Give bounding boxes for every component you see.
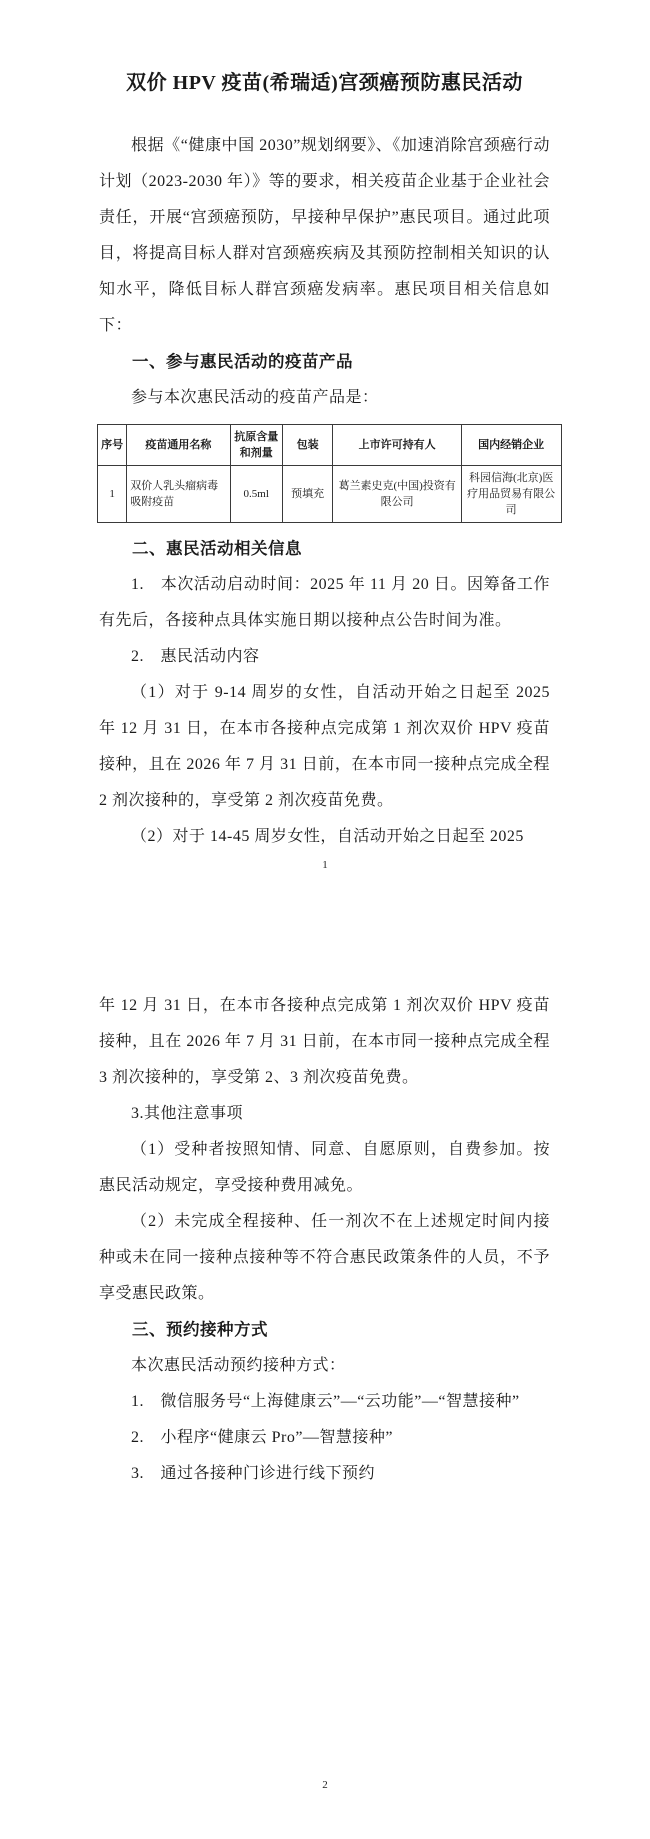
document-title: 双价 HPV 疫苗(希瑞适)宫颈癌预防惠民活动 — [99, 68, 550, 98]
policy-age-14-45-part1: （2）对于 14-45 周岁女性，自活动开始之日起至 2025 — [99, 819, 550, 855]
section-2-heading: 二、惠民活动相关信息 — [99, 531, 550, 567]
document: 双价 HPV 疫苗(希瑞适)宫颈癌预防惠民活动 根据《“健康中国 2030”规划… — [0, 0, 650, 1839]
cell-vaccine-name: 双价人乳头瘤病毒吸附疫苗 — [127, 466, 230, 523]
cell-serial: 1 — [98, 466, 127, 523]
cell-license-holder: 葛兰素史克(中国)投资有限公司 — [333, 466, 461, 523]
table-header-distributor: 国内经销企业 — [461, 425, 561, 466]
policy-age-14-45-part2: 年 12 月 31 日，在本市各接种点完成第 1 剂次双价 HPV 疫苗接种，且… — [99, 988, 550, 1096]
policy-age-9-14: （1）对于 9-14 周岁的女性，自活动开始之日起至 2025 年 12 月 3… — [99, 675, 550, 819]
table-row: 1 双价人乳头瘤病毒吸附疫苗 0.5ml 预填充 葛兰素史克(中国)投资有限公司… — [98, 466, 562, 523]
booking-method-offline: 3. 通过各接种门诊进行线下预约 — [99, 1456, 550, 1492]
document-page-1: 双价 HPV 疫苗(希瑞适)宫颈癌预防惠民活动 根据《“健康中国 2030”规划… — [0, 0, 650, 920]
table-header-vaccine-name: 疫苗通用名称 — [127, 425, 230, 466]
section-3-heading: 三、预约接种方式 — [99, 1312, 550, 1348]
page-1-content: 双价 HPV 疫苗(希瑞适)宫颈癌预防惠民活动 根据《“健康中国 2030”规划… — [0, 0, 650, 855]
table-header-license-holder: 上市许可持有人 — [333, 425, 461, 466]
note-ineligibility: （2）未完成全程接种、任一剂次不在上述规定时间内接种或未在同一接种点接种等不符合… — [99, 1204, 550, 1312]
booking-method-wechat: 1. 微信服务号“上海健康云”—“云功能”—“智慧接种” — [99, 1384, 550, 1420]
cell-distributor: 科园信海(北京)医疗用品贸易有限公司 — [461, 466, 561, 523]
other-notes-heading: 3.其他注意事项 — [99, 1096, 550, 1132]
table-header-row: 序号 疫苗通用名称 抗原含量和剂量 包装 上市许可持有人 国内经销企业 — [98, 425, 562, 466]
intro-paragraph: 根据《“健康中国 2030”规划纲要》、《加速消除宫颈癌行动计划（2023-20… — [99, 128, 550, 344]
cell-packaging: 预填充 — [282, 466, 333, 523]
section-3-lead: 本次惠民活动预约接种方式： — [99, 1348, 550, 1384]
activity-content-heading: 2. 惠民活动内容 — [99, 639, 550, 675]
booking-method-miniprogram: 2. 小程序“健康云 Pro”—智慧接种” — [99, 1420, 550, 1456]
cell-antigen-dose: 0.5ml — [230, 466, 282, 523]
document-page-2: 年 12 月 31 日，在本市各接种点完成第 1 剂次双价 HPV 疫苗接种，且… — [0, 920, 650, 1839]
table-header-packaging: 包装 — [282, 425, 333, 466]
activity-start-time: 1. 本次活动启动时间：2025 年 11 月 20 日。因筹备工作有先后，各接… — [99, 567, 550, 639]
page-1-number: 1 — [0, 858, 650, 872]
page-2-content: 年 12 月 31 日，在本市各接种点完成第 1 剂次双价 HPV 疫苗接种，且… — [0, 920, 650, 1492]
section-1-heading: 一、参与惠民活动的疫苗产品 — [99, 344, 550, 380]
table-header-serial: 序号 — [98, 425, 127, 466]
table-header-antigen-dose: 抗原含量和剂量 — [230, 425, 282, 466]
page-2-number: 2 — [0, 1778, 650, 1792]
note-voluntary-participation: （1）受种者按照知情、同意、自愿原则，自费参加。按惠民活动规定，享受接种费用减免… — [99, 1132, 550, 1204]
vaccine-product-table: 序号 疫苗通用名称 抗原含量和剂量 包装 上市许可持有人 国内经销企业 1 双价… — [97, 424, 562, 523]
section-1-lead: 参与本次惠民活动的疫苗产品是： — [99, 380, 550, 416]
